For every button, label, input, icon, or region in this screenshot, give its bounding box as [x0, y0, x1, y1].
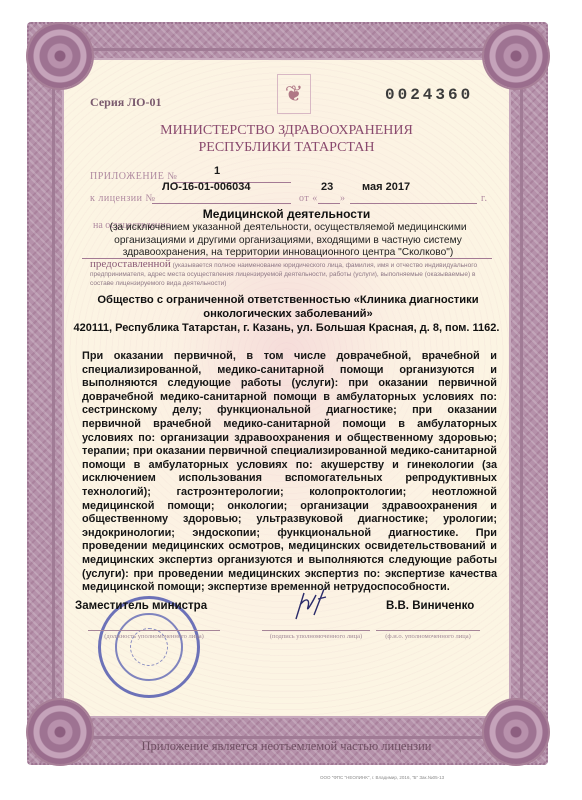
name-caption: (ф.и.о. уполномоченного лица) — [376, 633, 480, 640]
appendix-number: 1 — [214, 165, 220, 177]
license-label: к лицензии № — [90, 193, 156, 204]
coat-of-arms-icon: ❦ — [277, 74, 311, 114]
signature-line — [262, 630, 370, 631]
name-line — [376, 630, 480, 631]
handwritten-signature-icon — [290, 585, 330, 625]
printer-line: ООО "ФПС "НЕОЛИНК", г. Владимир, 2016, "… — [320, 775, 444, 780]
series-label: Серия ЛО-01 — [90, 95, 162, 110]
day-line — [318, 203, 340, 204]
license-day: 23 — [321, 181, 333, 193]
rosette-ornament-icon — [484, 700, 548, 764]
signatory-position: Заместитель министра — [75, 600, 207, 612]
signature-caption: (подпись уполномоченного лица) — [262, 633, 370, 640]
activity-description: (за исключением указанной деятельности, … — [82, 222, 494, 260]
license-number-line — [152, 203, 291, 204]
ministry-title: МИНИСТЕРСТВО ЗДРАВООХРАНЕНИЯ — [62, 122, 511, 139]
document-number: 0024360 — [385, 86, 473, 104]
position-caption: (должность уполномоченного лица) — [88, 633, 220, 640]
provided-caption: предоставленной (указывается полное наим… — [90, 260, 500, 288]
ministry-subtitle: РЕСПУБЛИКИ ТАТАРСТАН — [62, 139, 511, 156]
rosette-ornament-icon — [28, 24, 92, 88]
activity-title: Медицинской деятельности — [62, 207, 511, 221]
license-number: ЛО-16-01-006034 — [162, 181, 250, 193]
provided-label: предоставленной — [90, 258, 171, 270]
rosette-ornament-icon — [28, 700, 92, 764]
license-month-year: мая 2017 — [362, 181, 410, 193]
month-year-line — [350, 203, 477, 204]
footer-note: Приложение является неотъемлемой частью … — [62, 739, 511, 754]
signatory-name: В.В. Виниченко — [386, 600, 474, 612]
year-suffix: г. — [481, 193, 487, 204]
position-line — [88, 630, 220, 631]
services-text: При оказании первичной, в том числе довр… — [82, 350, 497, 595]
date-open-label: от « — [299, 193, 318, 204]
organization-name: Общество с ограниченной ответственностью… — [82, 293, 494, 321]
rosette-ornament-icon — [484, 24, 548, 88]
organization-address: 420111, Республика Татарстан, г. Казань,… — [62, 322, 511, 334]
date-close-label: » — [340, 193, 346, 204]
